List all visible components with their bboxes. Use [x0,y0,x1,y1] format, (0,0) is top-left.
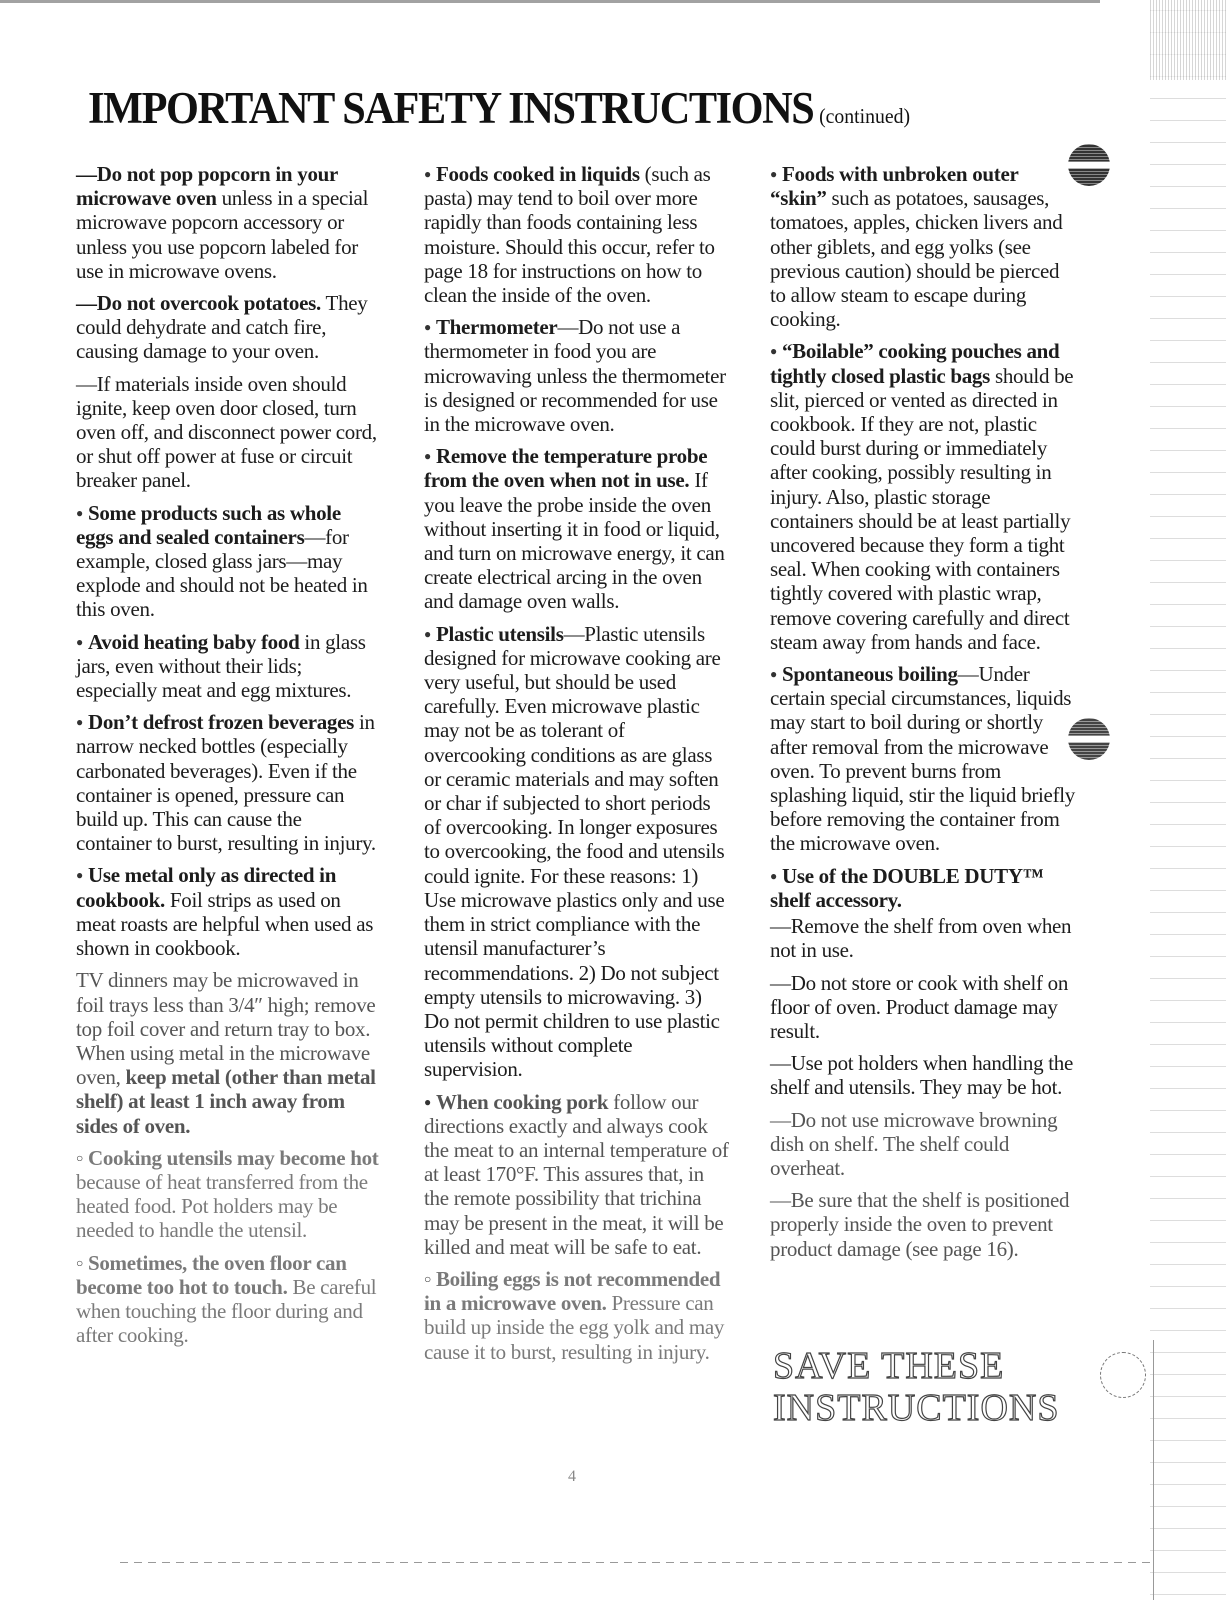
instruction-bold: Avoid heating baby food [88,630,300,654]
instruction-spontaneous-boiling: ●Spontaneous boiling—Under certain speci… [770,662,1075,856]
scan-edge-line [1153,1340,1154,1600]
instruction-text: —Under certain special circumstances, li… [770,662,1075,855]
instruction-ignite: —If materials inside oven should ignite,… [76,372,381,493]
instruction-shelf-position: —Be sure that the shelf is positioned pr… [770,1188,1075,1261]
instruction-shelf-pot-holders: —Use pot holders when handling the shelf… [770,1051,1075,1099]
column-1: —Do not pop popcorn in your microwave ov… [76,162,381,1355]
top-scan-rule [0,0,1100,3]
bullet-icon: ○ [76,1151,83,1165]
instruction-bold: Cooking utensils may become hot [88,1146,379,1170]
instruction-double-duty-shelf: ●Use of the DOUBLE DUTY™ shelf accessory… [770,864,1075,912]
instruction-text: —Do not store or cook with shelf on floo… [770,971,1068,1043]
page-title-text: IMPORTANT SAFETY INSTRUCTIONS [88,83,813,133]
instruction-shelf-remove: —Remove the shelf from oven when not in … [770,914,1075,962]
page-number: 4 [568,1468,576,1486]
instruction-text: —Be sure that the shelf is positioned pr… [770,1188,1069,1260]
bullet-icon: ● [424,627,431,641]
scan-edge-bleed [1150,0,1226,1609]
instruction-metal: ●Use metal only as directed in cookbook.… [76,863,381,960]
bullet-icon: ● [76,715,83,729]
instruction-text: —If materials inside oven should ignite,… [76,372,377,493]
page-title-subtitle: (continued) [819,104,910,128]
instruction-text: —Do not use microwave browning dish on s… [770,1108,1057,1180]
bottom-scan-rule [120,1562,1150,1563]
instruction-tv-dinners: TV dinners may be microwaved in foil tra… [76,968,381,1137]
instruction-bold: Foods cooked in liquids [436,162,640,186]
bullet-icon: ● [770,344,777,358]
instruction-plastic-utensils: ●Plastic utensils—Plastic utensils desig… [424,622,729,1082]
bullet-icon: ● [770,869,777,883]
instruction-text: because of heat transferred from the hea… [76,1170,368,1242]
page-title: IMPORTANT SAFETY INSTRUCTIONS(continued) [88,82,910,134]
bullet-icon: ● [424,1095,431,1109]
bullet-icon: ○ [424,1272,431,1286]
instruction-bold: Some products such as whole eggs and sea… [76,501,341,549]
instruction-thermometer: ●Thermometer—Do not use a thermometer in… [424,315,729,436]
bullet-icon: ● [424,167,431,181]
column-2: ●Foods cooked in liquids (such as pasta)… [424,162,729,1372]
instruction-bold: Spontaneous boiling [782,662,958,686]
bullet-icon: ● [424,320,431,334]
instruction-utensils-hot: ○Cooking utensils may become hot because… [76,1146,381,1243]
instruction-bold: Don’t defrost frozen beverages [88,710,354,734]
bullet-icon: ● [770,167,777,181]
instruction-boiling-eggs: ○Boiling eggs is not recommended in a mi… [424,1267,729,1364]
instruction-boilable-pouches: ●“Boilable” cooking pouches and tightly … [770,339,1075,654]
instruction-bold: Use of the DOUBLE DUTY™ shelf accessory. [770,864,1043,912]
instruction-bold: Remove the temperature probe from the ov… [424,444,707,492]
bullet-icon: ● [76,868,83,882]
instruction-shelf-browning-dish: —Do not use microwave browning dish on s… [770,1108,1075,1181]
instruction-pork: ●When cooking pork follow our directions… [424,1090,729,1259]
bullet-icon: ○ [76,1256,83,1270]
instruction-potatoes: —Do not overcook potatoes. They could de… [76,291,381,364]
instruction-popcorn: —Do not pop popcorn in your microwave ov… [76,162,381,283]
bullet-icon: ● [424,449,431,463]
instruction-oven-floor: ○Sometimes, the oven floor can become to… [76,1251,381,1348]
instruction-bold: —Do not overcook potatoes. [76,291,321,315]
instruction-liquids: ●Foods cooked in liquids (such as pasta)… [424,162,729,307]
instruction-bold: Plastic utensils [436,622,564,646]
binder-hole-icon [1100,1352,1146,1398]
save-instructions-banner: SAVE THESE INSTRUCTIONS [773,1345,1059,1429]
instruction-text: —Use pot holders when handling the shelf… [770,1051,1073,1099]
instruction-sealed-containers: ●Some products such as whole eggs and se… [76,501,381,622]
bullet-icon: ● [76,635,83,649]
bullet-icon: ● [770,667,777,681]
instruction-bold: When cooking pork [436,1090,608,1114]
save-line-2: INSTRUCTIONS [773,1387,1059,1429]
instruction-shelf-floor: —Do not store or cook with shelf on floo… [770,971,1075,1044]
instruction-text: should be slit, pierced or vented as dir… [770,364,1073,654]
bullet-icon: ● [76,506,83,520]
save-line-1: SAVE THESE [773,1345,1059,1387]
column-3: ●Foods with unbroken outer “skin” such a… [770,162,1075,1269]
instruction-text: —Plastic utensils designed for microwave… [424,622,724,1082]
instruction-bold: Thermometer [436,315,557,339]
instruction-temperature-probe: ●Remove the temperature probe from the o… [424,444,729,613]
instruction-text: follow our directions exactly and always… [424,1090,729,1259]
instruction-frozen-beverages: ●Don’t defrost frozen beverages in narro… [76,710,381,855]
instruction-text: —Remove the shelf from oven when not in … [770,914,1071,962]
scan-edge-noise [1150,0,1226,80]
instruction-baby-food: ●Avoid heating baby food in glass jars, … [76,630,381,703]
instruction-unbroken-skin: ●Foods with unbroken outer “skin” such a… [770,162,1075,331]
